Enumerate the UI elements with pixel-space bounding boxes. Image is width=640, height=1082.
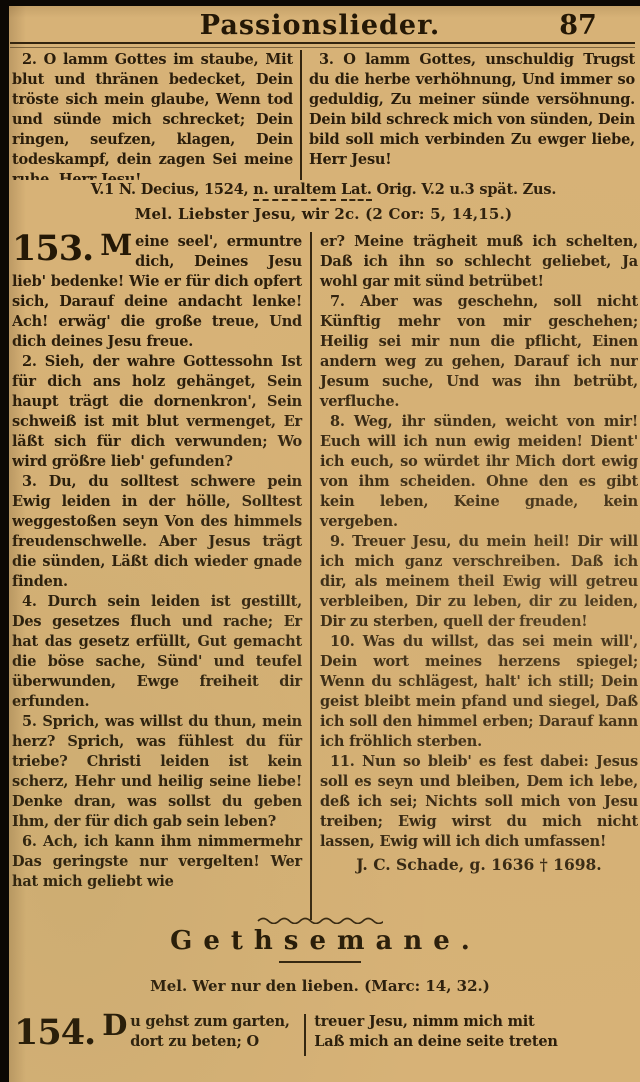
hymn-154-right-part: treuer Jesu, nimm mich mit Laß mich an d…: [314, 1012, 636, 1052]
drop-cap-initial: M: [100, 232, 132, 258]
verse-paragraph: 2. O lamm Gottes im staube, Mit blut und…: [12, 50, 293, 180]
hymn-number-153: 153.: [12, 232, 93, 266]
verse-paragraph: 6. Ach, ich kann ihm nimmermehr Das geri…: [12, 832, 302, 892]
hymn-153-right-column: er? Meine trägheit muß ich schelten, Daß…: [320, 232, 638, 920]
section-heading: Gethsemane.: [0, 926, 640, 956]
attribution-text: V.1 N. Decius, 1524,: [91, 181, 254, 198]
column-divider: [300, 50, 302, 180]
gethsemane-section: Gethsemane. Mel. Wer nur den lieben. (Ma…: [0, 916, 640, 995]
column-divider: [304, 1014, 306, 1056]
page-number: 87: [548, 10, 608, 41]
wavy-divider: [257, 916, 383, 924]
verse-text: dort zu beten; O: [102, 1032, 298, 1052]
attribution-underlined-text: Lat.: [341, 181, 372, 201]
verse-paragraph: 3. Du, du solltest schwere pein Ewig lei…: [12, 472, 302, 592]
attribution-line: V.1 N. Decius, 1524, n. uraltem Lat. Ori…: [12, 181, 635, 198]
hymnal-page-scan: Passionslieder. 87 2. O lamm Gottes im s…: [0, 0, 640, 1082]
hymn-154-left-part: Du gehst zum garten, dort zu beten; O: [102, 1012, 298, 1052]
verse-paragraph: 7. Aber was geschehn, soll nicht Künftig…: [320, 292, 638, 412]
verse-text: treuer Jesu, nimm mich mit: [314, 1012, 636, 1032]
hymn-153-columns: 153.Meine seel', ermuntre dich, Deines J…: [12, 232, 638, 920]
verse-paragraph: 4. Durch sein leiden ist gestillt, Des g…: [12, 592, 302, 712]
scan-edge-top: [0, 0, 640, 6]
hymn-number-154: 154.: [14, 1016, 95, 1050]
melody-line-154: Mel. Wer nur den lieben. (Marc: 14, 32.): [0, 977, 640, 995]
melody-line-153: Mel. Liebster Jesu, wir 2c. (2 Cor: 5, 1…: [12, 205, 635, 223]
verse-paragraph: 10. Was du willst, das sei mein will', D…: [320, 632, 638, 752]
author-line: J. C. Schade, g. 1636 † 1698.: [320, 855, 638, 875]
top-verse-columns: 2. O lamm Gottes im staube, Mit blut und…: [12, 50, 635, 180]
verse-paragraph: 153.Meine seel', ermuntre dich, Deines J…: [12, 232, 302, 352]
verse-paragraph: 3. O lamm Gottes, unschuldig Trugst du d…: [309, 50, 635, 180]
drop-cap-initial: D: [102, 1012, 127, 1038]
hymn-153-left-column: 153.Meine seel', ermuntre dich, Deines J…: [12, 232, 302, 920]
heading-rule: [279, 961, 361, 963]
verse-text: Laß mich an deine seite treten: [314, 1032, 636, 1052]
attribution-text: Orig. V.2 u.3 spät. Zus.: [372, 181, 557, 198]
verse-paragraph: 9. Treuer Jesu, du mein heil! Dir will i…: [320, 532, 638, 632]
attribution-underlined-text: n. uraltem: [253, 181, 336, 201]
column-divider: [310, 232, 312, 920]
verse-paragraph: er? Meine trägheit muß ich schelten, Daß…: [320, 232, 638, 292]
verse-paragraph: 5. Sprich, was willst du thun, mein herz…: [12, 712, 302, 832]
header-rule: [10, 42, 635, 48]
hymn-154-row: 154. Du gehst zum garten, dort zu beten;…: [14, 1012, 636, 1056]
verse-paragraph: 8. Weg, ihr sünden, weicht von mir! Euch…: [320, 412, 638, 532]
page-title: Passionslieder.: [0, 10, 640, 41]
verse-paragraph: 11. Nun so bleib' es fest dabei: Jesus s…: [320, 752, 638, 852]
verse-text: Du gehst zum garten,: [102, 1012, 298, 1032]
scan-edge-left: [0, 0, 9, 1082]
verse-paragraph: 2. Sieh, der wahre Gottessohn Ist für di…: [12, 352, 302, 472]
